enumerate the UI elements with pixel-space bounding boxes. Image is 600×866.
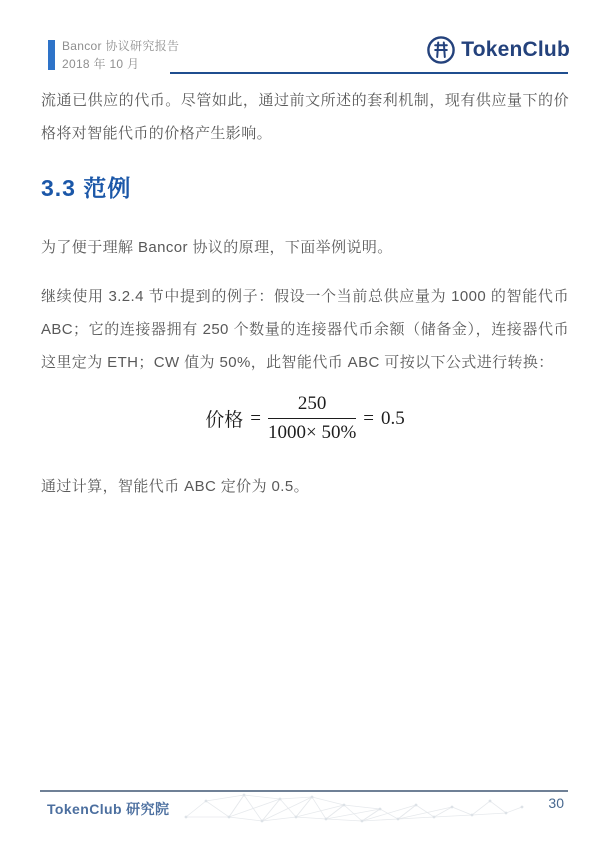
- report-title: Bancor 协议研究报告: [62, 37, 179, 55]
- brand-logo: TokenClub: [426, 35, 570, 65]
- body-paragraph-2: 为了便于理解 Bancor 协议的原理，下面举例说明。: [41, 231, 569, 264]
- header-meta: Bancor 协议研究报告 2018 年 10 月: [62, 37, 179, 73]
- constellation-graphic: [183, 790, 530, 832]
- page-number: 30: [548, 795, 564, 811]
- formula-denominator: 1000× 50%: [268, 419, 356, 444]
- footer-organization: TokenClub 研究院: [47, 799, 169, 819]
- body-paragraph-3: 继续使用 3.2.4 节中提到的例子：假设一个当前总供应量为 1000 的智能代…: [41, 280, 569, 379]
- formula-lhs: 价格: [205, 405, 243, 432]
- report-date: 2018 年 10 月: [62, 55, 179, 73]
- formula-fraction: 250 1000× 50%: [268, 393, 356, 444]
- section-heading: 3.3 范例: [41, 170, 131, 203]
- body-paragraph-1: 流通已供应的代币。尽管如此，通过前文所述的套利机制，现有供应量下的价格将对智能代…: [41, 84, 569, 150]
- header-accent-bar: [48, 40, 55, 70]
- header-rule: [170, 72, 568, 74]
- tokenclub-logo-icon: [426, 35, 456, 65]
- price-formula: 价格 = 250 1000× 50% = 0.5: [41, 393, 569, 444]
- body-paragraph-4: 通过计算，智能代币 ABC 定价为 0.5。: [41, 470, 569, 503]
- formula-numerator: 250: [268, 393, 356, 419]
- formula-equals: =: [250, 408, 261, 430]
- formula-result-equals: =: [363, 408, 374, 430]
- brand-name: TokenClub: [461, 38, 570, 62]
- formula-result: 0.5: [381, 408, 405, 430]
- document-page: Bancor 协议研究报告 2018 年 10 月 TokenClub 流通已供…: [0, 0, 600, 866]
